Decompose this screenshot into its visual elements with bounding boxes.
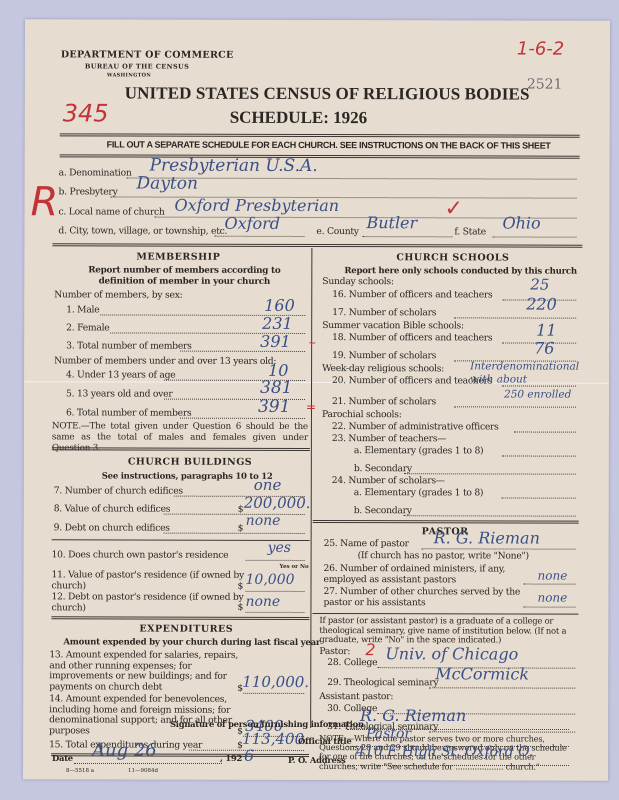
male-label: 1. Male [66, 304, 99, 315]
red-annotation-left: 345 [63, 99, 109, 127]
parochial-schools-label: Parochial schools: [322, 409, 402, 420]
q21-label: 21. Number of scholars [332, 396, 436, 407]
q23-label: 23. Number of teachers— [332, 433, 446, 444]
divider [60, 133, 580, 137]
q30-label: 30. College [327, 703, 377, 714]
department-heading: DEPARTMENT OF COMMERCE [61, 49, 234, 60]
pastor-note: NOTE.—Where one pastor serves two or mor… [319, 734, 573, 771]
county-value: Butler [366, 213, 417, 232]
owns-residence-label: 10. Does church own pastor's residence [52, 549, 229, 560]
weekday-schools-label: Week-day religious schools: [322, 363, 444, 374]
q19-label: 19. Number of scholars [332, 350, 436, 361]
q28-value: Univ. of Chicago [385, 644, 518, 663]
q20-value: Interdenominational with about [470, 360, 590, 386]
running-expenses-value: 110,000. [242, 673, 309, 691]
denomination-label: a. Denomination [59, 167, 132, 178]
graduate-instructions: If pastor (or assistant pastor) is a gra… [319, 616, 571, 645]
female-value: 231 [262, 314, 293, 333]
edifices-debt-label: 9. Debt on church edifices [54, 522, 170, 533]
total-expenditures-label: 15. Total expenditures during year [49, 739, 202, 750]
by-sex-label: Number of members, by sex: [54, 289, 182, 300]
edifices-value-field-line[interactable] [164, 514, 305, 515]
benevolences-label: 14. Amount expended for benevolences, in… [49, 694, 239, 737]
instructions-banner: FILL OUT A SEPARATE SCHEDULE FOR EACH CH… [107, 139, 551, 150]
q21-value: 250 enrolled [504, 388, 571, 400]
red-tick: ~ [308, 338, 316, 349]
q30-field-line[interactable] [377, 713, 575, 715]
buildings-subtitle: See instructions, paragraphs 10 to 12 [102, 471, 273, 481]
q26-field-line[interactable] [524, 584, 576, 585]
q28-red-mark: 2 [365, 640, 375, 659]
under-13-label: 4. Under 13 years of age [66, 369, 175, 380]
edifices-count-value: one [254, 476, 282, 494]
q23a-label: a. Elementary (grades 1 to 8) [354, 445, 484, 456]
q27-field-line[interactable] [523, 607, 575, 608]
state-field-line[interactable] [492, 236, 576, 237]
assistant-subheading: Assistant pastor: [319, 691, 393, 702]
q26-value: none [538, 569, 568, 583]
q27-value: none [537, 591, 567, 605]
buildings-heading: CHURCH BUILDINGS [128, 457, 252, 468]
county-label: e. County [316, 226, 358, 237]
age-label: Number of members under and over 13 year… [54, 355, 276, 367]
male-value: 160 [264, 296, 295, 315]
pastor-subheading: Pastor: [319, 646, 350, 657]
city-value: Oxford [224, 214, 280, 233]
form-subtitle: SCHEDULE: 1926 [230, 108, 367, 128]
summer-schools-label: Summer vacation Bible schools: [322, 320, 464, 331]
q18-value: 11 [536, 321, 556, 340]
residence-value-field-line[interactable] [245, 591, 304, 592]
total-members-2-value: 391 [258, 397, 291, 417]
presbytery-label: b. Presbytery [59, 186, 118, 197]
owns-residence-field-line[interactable] [246, 560, 305, 561]
q16-label: 16. Number of officers and teachers [332, 289, 492, 300]
red-checkmark: ✓ [444, 196, 463, 221]
edifices-count-label: 7. Number of church edifices [54, 485, 183, 496]
city-field-line[interactable] [214, 236, 304, 237]
expenditures-subtitle: Amount expended by your church during la… [63, 637, 320, 648]
running-expenses-field-line[interactable] [243, 693, 304, 694]
q17-label: 17. Number of scholars [332, 307, 436, 318]
q16-value: 25 [530, 276, 549, 294]
dollar-sign: $ [237, 581, 243, 592]
church-schools-heading: CHURCH SCHOOLS [396, 252, 509, 263]
pastor-name-hint: (If church has no pastor, write "None") [358, 550, 529, 561]
divider [60, 154, 580, 158]
q17-field-line[interactable] [454, 317, 576, 318]
column-divider [310, 248, 312, 728]
bureau-heading: BUREAU OF THE CENSUS [85, 62, 189, 70]
red-annotation-r: R [30, 179, 58, 225]
yes-no-hint: Yes or No [280, 564, 309, 570]
q24b-field-line[interactable] [404, 515, 576, 516]
divider [52, 243, 582, 247]
pastor-name-label: 25. Name of pastor [324, 538, 409, 549]
total-members-value: 391 [260, 332, 291, 351]
q24a-field-line[interactable] [502, 497, 576, 498]
q20-label: 20. Number of officers and teachers [332, 375, 492, 386]
total-members-2-label: 6. Total number of members [66, 407, 192, 418]
pastor-name-value: R. G. Rieman [434, 528, 540, 547]
local-name-value: Oxford Presbyterian [174, 196, 339, 215]
divider [313, 520, 579, 524]
q27-label: 27. Number of other churches served by t… [323, 587, 523, 609]
residence-debt-field-line[interactable] [245, 612, 304, 613]
q22-label: 22. Number of administrative officers [332, 421, 499, 432]
female-label: 2. Female [66, 322, 109, 333]
q24-label: 24. Number of scholars— [332, 475, 445, 486]
county-field-line[interactable] [362, 236, 452, 237]
divider [51, 616, 309, 620]
city-label: d. City, town, village, or township, etc… [58, 225, 227, 236]
state-value: Ohio [502, 213, 540, 232]
state-label: f. State [454, 226, 486, 237]
q29-value: McCormick [435, 664, 529, 683]
presbytery-value: Dayton [137, 174, 198, 194]
stamp-number: 2521 [527, 77, 563, 93]
total-members-2-field-line[interactable] [180, 418, 305, 419]
city-heading: WASHINGTON [107, 72, 151, 78]
owns-residence-value: yes [268, 540, 291, 556]
q29-label: 29. Theological seminary [327, 677, 438, 688]
red-tick: = [306, 400, 316, 414]
divider [51, 753, 309, 757]
q31-label: 31. Theological seminary [327, 721, 438, 732]
dollar-sign: $ [238, 523, 244, 534]
over-13-value: 381 [260, 378, 293, 398]
dollar-sign: $ [237, 602, 243, 613]
q24a-label: a. Elementary (grades 1 to 8) [354, 487, 484, 498]
residence-value-label: 11. Value of pastor's residence (if owne… [51, 569, 251, 592]
total-expenditures-field-line[interactable] [189, 750, 304, 751]
residence-debt-label: 12. Debt on pastor's residence (if owned… [51, 591, 251, 614]
census-schedule-sheet: DEPARTMENT OF COMMERCE BUREAU OF THE CEN… [23, 19, 610, 781]
q22-field-line[interactable] [514, 432, 576, 433]
total-members-label: 3. Total number of members [66, 340, 192, 351]
q17-value: 220 [526, 295, 557, 314]
q18-label: 18. Number of officers and teachers [332, 332, 492, 343]
expenditures-heading: EXPENDITURES [139, 624, 233, 635]
q26-label: 26. Number of ordained ministers, if any… [324, 564, 524, 586]
edifices-value-label: 8. Value of church edifices [54, 503, 171, 514]
residence-value-value: 10,000 [246, 572, 295, 588]
local-name-label: c. Local name of church [58, 206, 164, 217]
sunday-schools-label: Sunday schools: [322, 276, 393, 287]
edifices-value-value: 200,000. [244, 494, 311, 512]
form-title: UNITED STATES CENSUS OF RELIGIOUS BODIES [125, 83, 530, 104]
q29-field-line[interactable] [429, 687, 575, 688]
membership-heading: MEMBERSHIP [136, 252, 220, 263]
q21-field-line[interactable] [454, 406, 576, 407]
membership-intro: Report number of members according to de… [64, 265, 304, 288]
dollar-sign: $ [238, 504, 244, 515]
q19-value: 76 [534, 339, 554, 358]
total-expenditures-value: 113,400. [242, 730, 309, 748]
red-annotation-top: 1-6-2 [517, 39, 564, 60]
edifices-debt-value: none [246, 513, 281, 529]
running-expenses-label: 13. Amount expended for salaries, repair… [49, 650, 239, 693]
q23a-field-line[interactable] [502, 455, 576, 456]
residence-debt-value: none [245, 594, 280, 610]
over-13-label: 5. 13 years old and over [66, 388, 172, 399]
edifices-debt-field-line[interactable] [164, 533, 305, 534]
